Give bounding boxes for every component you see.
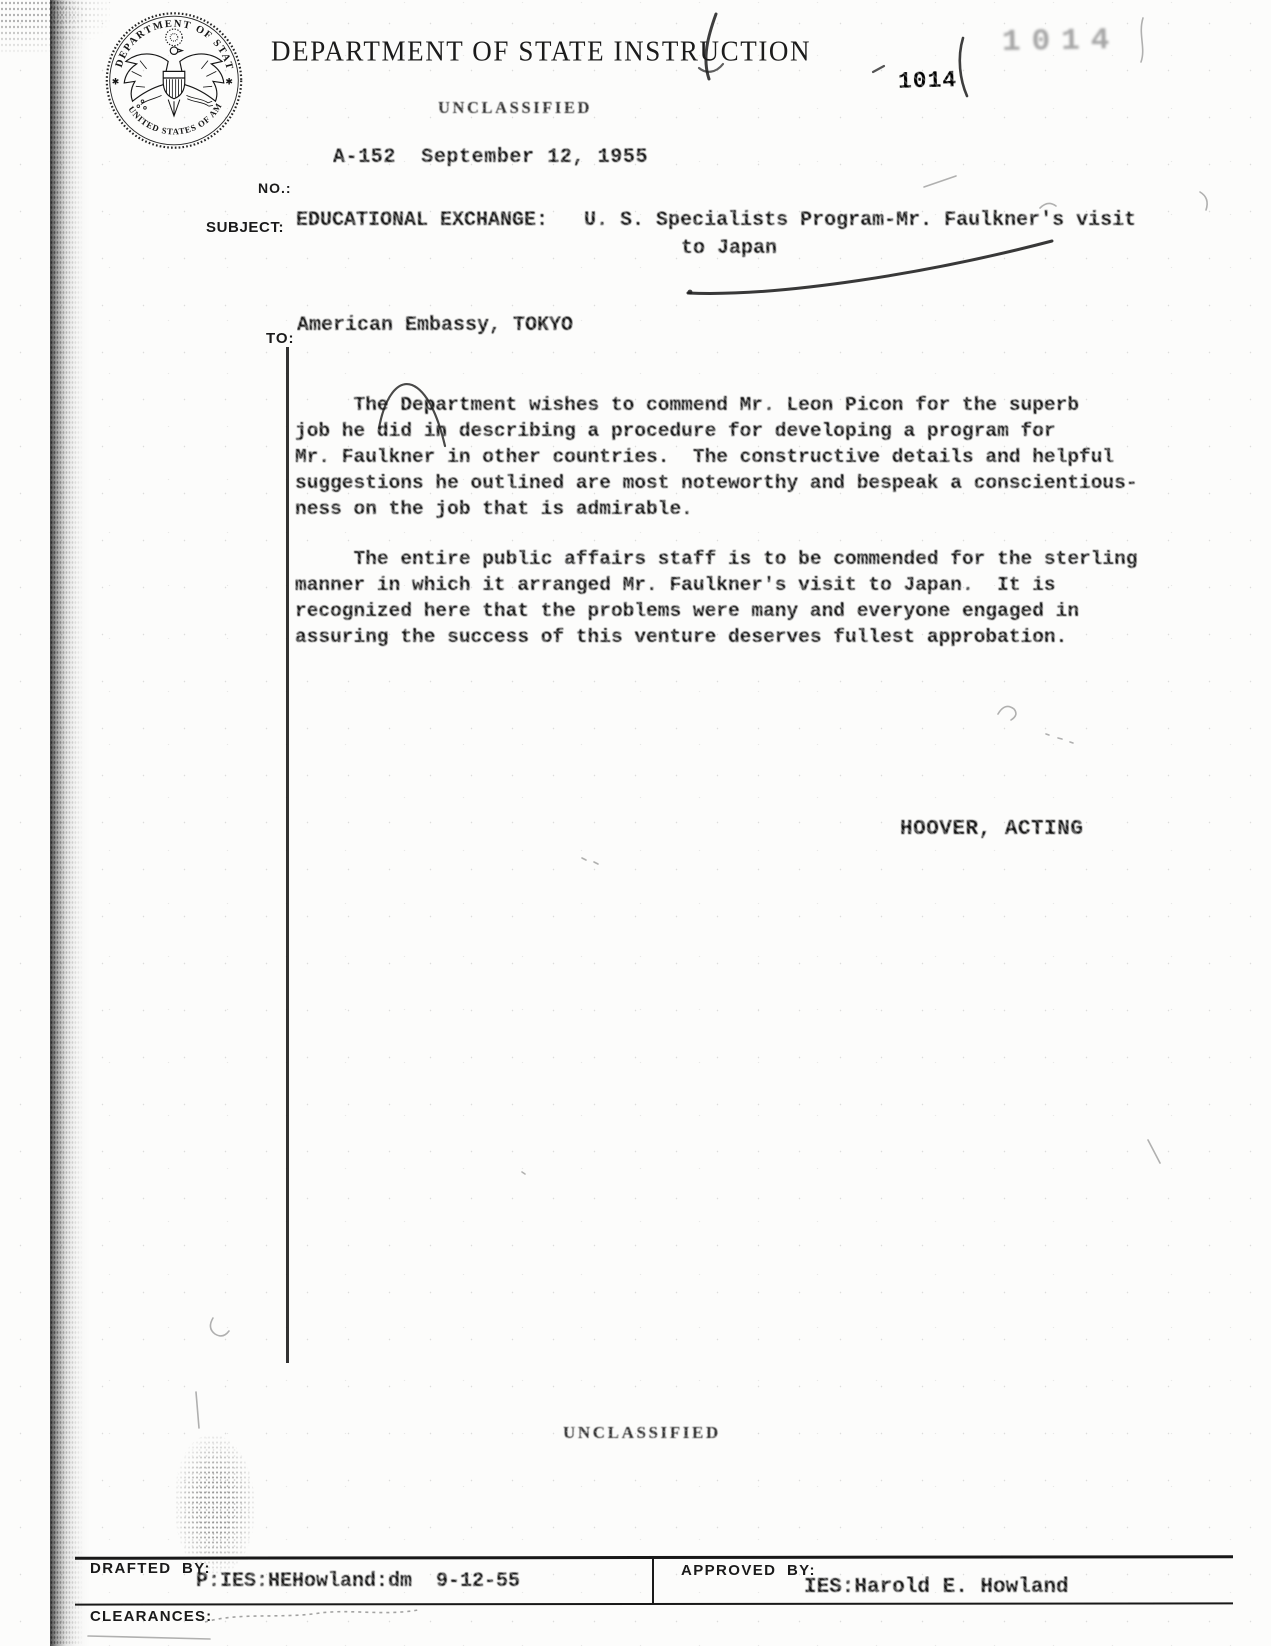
to-field-label: TO: [266, 330, 295, 347]
scan-gutter-band [50, 0, 92, 1646]
seal-right-star: ✱ [225, 77, 233, 87]
reference-number-date: A-152 September 12, 1955 [333, 146, 648, 169]
scan-corner-noise [0, 0, 110, 55]
no-field-label: NO.: [258, 180, 292, 196]
to-field-value: American Embassy, TOKYO [297, 314, 573, 337]
classification-stamp-bottom: UNCLASSIFIED [563, 1423, 721, 1443]
page-number-stamp: 1014 [898, 67, 958, 95]
clearances-label: CLEARANCES: [90, 1608, 212, 1625]
approved-by-label: APPROVED BY: [681, 1562, 816, 1579]
subject-line-1: EDUCATIONAL EXCHANGE: U. S. Specialists … [296, 209, 1136, 232]
document-title: DEPARTMENT OF STATE INSTRUCTION [271, 35, 811, 68]
clearances-scribble-mark [205, 1610, 418, 1622]
scan-speckle-blob [175, 1435, 255, 1575]
body-paragraph-1: The Department wishes to commend Mr. Leo… [295, 392, 1138, 522]
seal-left-star: ✱ [112, 77, 120, 87]
footer-column-divider [652, 1557, 654, 1604]
subject-field-label: SUBJECT: [206, 219, 284, 236]
approved-by-value: IES:Harold E. Howland [804, 1576, 1069, 1599]
state-seal-icon: DEPARTMENT OF STATE UNITED STATES OF AME… [95, 10, 253, 151]
signature-line: HOOVER, ACTING [900, 818, 1083, 841]
footer-rule-bottom [75, 1602, 1233, 1605]
scanned-document-page: DEPARTMENT OF STATE UNITED STATES OF AME… [0, 0, 1271, 1646]
margin-vertical-rule [286, 347, 289, 1363]
classification-stamp-top: UNCLASSIFIED [438, 98, 592, 118]
footer-rule-top [75, 1555, 1233, 1559]
drafted-by-value: P:IES:HEHowland:dm 9-12-55 [196, 1570, 520, 1593]
body-paragraph-2: The entire public affairs staff is to be… [295, 546, 1138, 650]
pen-tick-mark [873, 66, 884, 72]
drafted-by-label: DRAFTED BY: [90, 1560, 211, 1577]
pen-apostrophe-mark [960, 38, 967, 96]
subject-line-2: to Japan [681, 237, 777, 260]
ghost-number-stamp: 1014 [1002, 23, 1121, 60]
